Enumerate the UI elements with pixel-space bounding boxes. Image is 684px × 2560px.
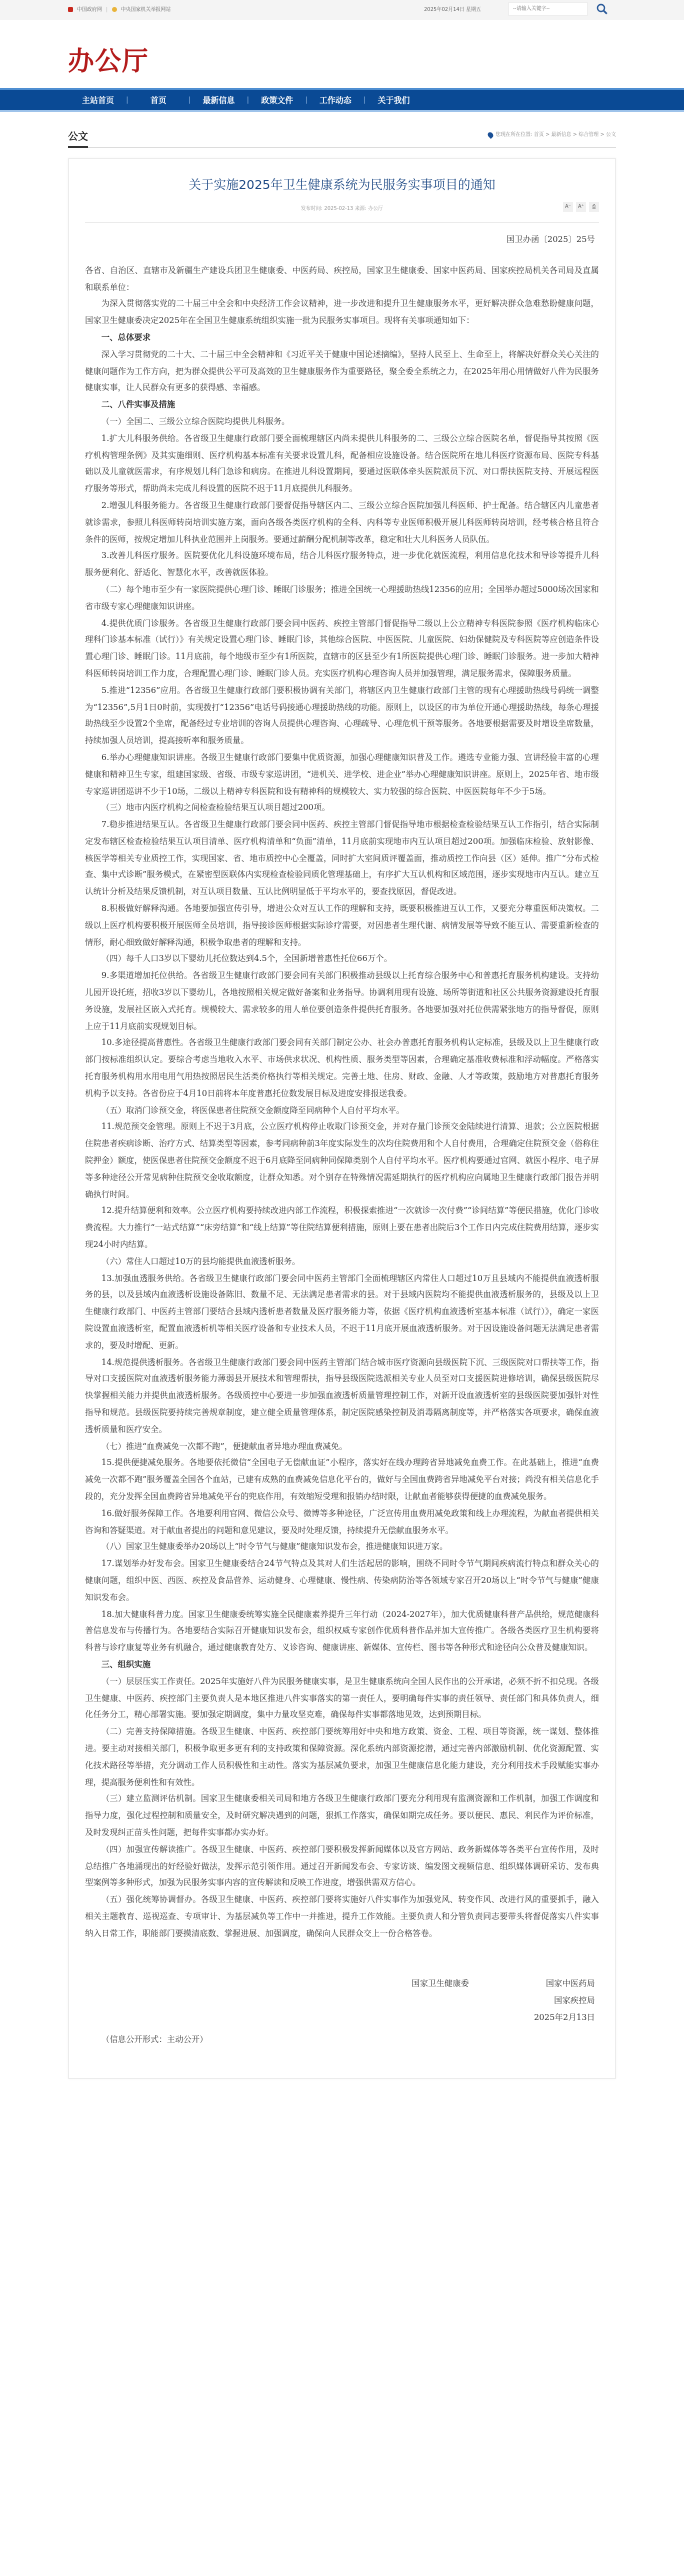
divider: | bbox=[106, 7, 108, 13]
section-header: 公文 您现在所在位置: 首页 > 最新信息 > 综合管理 > 公文 bbox=[68, 126, 616, 148]
subsection-heading: （三）地市内医疗机构之间检查检验结果互认项目超过200项。 bbox=[85, 799, 599, 816]
paragraph: 11.规范预交金管理。原则上不迟于3月底，公立医疗机构停止收取门诊预交金，并对存… bbox=[85, 1118, 599, 1202]
report-site-icon bbox=[112, 7, 117, 12]
subsection-heading: （七）推进“血费减免一次都不跑”，便捷献血者异地办理血费减免。 bbox=[85, 1438, 599, 1455]
paragraph: 18.加大健康科普力度。国家卫生健康委统筹实施全民健康素养提升三年行动（2024… bbox=[85, 1606, 599, 1656]
paragraph: 各省、自治区、直辖市及新疆生产建设兵团卫生健康委、中医药局、疾控局，国家卫生健康… bbox=[85, 262, 599, 296]
main-nav: 主站首页 | 首页 | 最新信息 | 政策文件 | 工作动态 | 关于我们 bbox=[0, 88, 684, 112]
paragraph-list: 各省、自治区、直辖市及新疆生产建设兵团卫生健康委、中医药局、疾控局，国家卫生健康… bbox=[85, 262, 599, 1942]
subsection-heading: （二）完善支持保障措施。各级卫生健康、中医药、疾控部门要统筹用好中央和地方政策、… bbox=[85, 1723, 599, 1790]
location-pin-icon bbox=[486, 131, 494, 139]
section-heading: 三、组织实施 bbox=[85, 1656, 599, 1673]
site-header: 办公厅 bbox=[0, 20, 684, 88]
paragraph: 13.加强血透服务供给。各省级卫生健康行政部门要会同中医药主管部门全面梳理辖区内… bbox=[85, 1270, 599, 1354]
signature-date: 2025年2月13日 bbox=[534, 2009, 595, 2026]
signer-tcm: 国家中医药局 bbox=[546, 1975, 595, 1992]
nav-item-main-site[interactable]: 主站首页 bbox=[70, 95, 126, 106]
paragraph: 3.改善儿科医疗服务。医院要优化儿科设施环境布局，结合儿科医疗服务特点，进一步优… bbox=[85, 547, 599, 581]
paragraph: 2.增强儿科服务能力。各省级卫生健康行政部门要督促指导辖区内二、三级公立综合医院… bbox=[85, 497, 599, 547]
subsection-heading: （一）层层压实工作责任。2025年实施好八件为民服务健康实事，是卫生健康系统向全… bbox=[85, 1673, 599, 1723]
subsection-heading: （四）加强宣传解读推广。各级卫生健康、中医药、疾控部门要积极发挥新闻媒体以及官方… bbox=[85, 1841, 599, 1891]
subsection-heading: （六）常住人口超过10万的县均能提供血液透析服务。 bbox=[85, 1253, 599, 1270]
signature-block: 国家卫生健康委 国家中医药局 国家疾控局 2025年2月13日 bbox=[85, 1975, 599, 2031]
document-number: 国卫办函〔2025〕25号 bbox=[85, 231, 595, 248]
article-card: 关于实施2025年卫生健康系统为民服务实事项目的通知 发布时间: 2025-02… bbox=[68, 158, 616, 2079]
paragraph: 15.提供便捷减免服务。各地要依托微信“全国电子无偿献血证”小程序，落实好在线办… bbox=[85, 1454, 599, 1504]
current-date: 2025年02月14日 星期五 bbox=[424, 6, 481, 13]
subsection-heading: （三）建立监测评估机制。国家卫生健康委相关司局和地方各级卫生健康行政部门要充分利… bbox=[85, 1790, 599, 1840]
paragraph: 8.积极做好解释沟通。各地要加强宣传引导，增进公众对互认工作的理解和支持，既要积… bbox=[85, 900, 599, 950]
article-meta-row: 发布时间: 2025-02-13 来源: 办公厅 A⁻ A⁺ ⎙ bbox=[85, 197, 599, 223]
signer-cdc: 国家疾控局 bbox=[554, 1992, 595, 2009]
subsection-heading: （二）每个地市至少有一家医院提供心理门诊、睡眠门诊服务；推进全国统一心理援助热线… bbox=[85, 581, 599, 615]
paragraph: 17.谋划举办好发布会。国家卫生健康委结合24节气特点及其对人们生活起居的影响，… bbox=[85, 1555, 599, 1605]
section-heading: 一、总体要求 bbox=[85, 329, 599, 346]
font-decrease-icon[interactable]: A⁻ bbox=[563, 202, 573, 212]
search-input[interactable] bbox=[508, 2, 588, 16]
report-site-link[interactable]: 中央国家机关举报网站 bbox=[121, 6, 171, 13]
disclosure-note: （信息公开形式：主动公开） bbox=[85, 2031, 599, 2048]
article-tools: A⁻ A⁺ ⎙ bbox=[563, 202, 599, 212]
paragraph: 9.多渠道增加托位供给。各省级卫生健康行政部门要会同有关部门积极推动县级以上托育… bbox=[85, 967, 599, 1034]
font-increase-icon[interactable]: A⁺ bbox=[576, 202, 586, 212]
paragraph: 为深入贯彻落实党的二十届三中全会和中央经济工作会议精神，进一步改进和提升卫生健康… bbox=[85, 295, 599, 329]
paragraph: 4.提供优质门诊服务。各省级卫生健康行政部门要会同中医药、疾控主管部门督促指导二… bbox=[85, 615, 599, 682]
subsection-heading: （五）强化统筹协调督办。各级卫生健康、中医药、疾控部门要将实施好八件实事作为加强… bbox=[85, 1891, 599, 1941]
paragraph: 14.规范提供透析服务。各省级卫生健康行政部门要会同中医药主管部门结合城市医疗资… bbox=[85, 1354, 599, 1438]
breadcrumb: 您现在所在位置: 首页 > 最新信息 > 综合管理 > 公文 bbox=[488, 131, 616, 138]
national-emblem-icon bbox=[68, 7, 73, 12]
paragraph: 12.提升结算便利和效率。公立医疗机构要持续改进内部工作流程，积极探索推进“一次… bbox=[85, 1202, 599, 1252]
article-body: 国卫办函〔2025〕25号 各省、自治区、直辖市及新疆生产建设兵团卫生健康委、中… bbox=[85, 231, 599, 2048]
signer-nhc: 国家卫生健康委 bbox=[412, 1975, 469, 1992]
gov-portal-link[interactable]: 中国政府网 bbox=[77, 6, 102, 13]
breadcrumb-text[interactable]: 您现在所在位置: 首页 > 最新信息 > 综合管理 > 公文 bbox=[496, 131, 616, 138]
site-logo[interactable]: 办公厅 bbox=[68, 41, 149, 78]
subsection-heading: （一）全国二、三级公立综合医院均提供儿科服务。 bbox=[85, 413, 599, 430]
paragraph: 6.举办心理健康知识讲座。各级卫生健康行政部门要集中优质资源，加强心理健康知识普… bbox=[85, 749, 599, 799]
nav-item-latest[interactable]: 最新信息 bbox=[191, 95, 247, 106]
nav-item-home[interactable]: 首页 bbox=[128, 95, 188, 106]
article-title: 关于实施2025年卫生健康系统为民服务实事项目的通知 bbox=[85, 175, 599, 193]
publish-meta: 发布时间: 2025-02-13 来源: 办公厅 bbox=[85, 205, 599, 212]
paragraph: 深入学习贯彻党的二十大、二十届三中全会精神和《习近平关于健康中国论述摘编》，坚持… bbox=[85, 346, 599, 396]
subsection-heading: （五）取消门诊预交金，将医保患者住院预交金额度降至同病种个人自付平均水平。 bbox=[85, 1102, 599, 1119]
subsection-heading: （四）每千人口3岁以下婴幼儿托位数达到4.5个，全国新增普惠性托位66万个。 bbox=[85, 950, 599, 967]
paragraph: 16.做好服务保障工作。各地要利用官网、微信公众号、微博等多种途径，广泛宣传用血… bbox=[85, 1505, 599, 1539]
section-heading: 二、八件实事及措施 bbox=[85, 396, 599, 413]
section-title: 公文 bbox=[68, 128, 88, 148]
paragraph: 1.扩大儿科服务供给。各省级卫生健康行政部门要全面梳理辖区内尚未提供儿科服务的二… bbox=[85, 430, 599, 497]
top-utility-bar: 中国政府网 | 中央国家机关举报网站 2025年02月14日 星期五 bbox=[0, 0, 684, 20]
print-icon[interactable]: ⎙ bbox=[589, 202, 599, 212]
nav-item-work-news[interactable]: 工作动态 bbox=[307, 95, 363, 106]
nav-item-about[interactable]: 关于我们 bbox=[366, 95, 422, 106]
search-icon[interactable] bbox=[596, 3, 608, 15]
top-links: 中国政府网 | 中央国家机关举报网站 bbox=[68, 6, 171, 13]
paragraph: 7.稳步推进结果互认。各省级卫生健康行政部门要会同中医药、疾控主管部门督促指导地… bbox=[85, 816, 599, 900]
nav-item-policy[interactable]: 政策文件 bbox=[249, 95, 305, 106]
subsection-heading: （八）国家卫生健康委举办20场以上“时令节气与健康”健康知识发布会，推进健康知识… bbox=[85, 1538, 599, 1555]
paragraph: 10.多途径提高普惠性。各省级卫生健康行政部门要会同有关部门制定公办、社会办普惠… bbox=[85, 1034, 599, 1101]
paragraph: 5.推进“12356”应用。各省级卫生健康行政部门要积极协调有关部门，将辖区内卫… bbox=[85, 682, 599, 749]
